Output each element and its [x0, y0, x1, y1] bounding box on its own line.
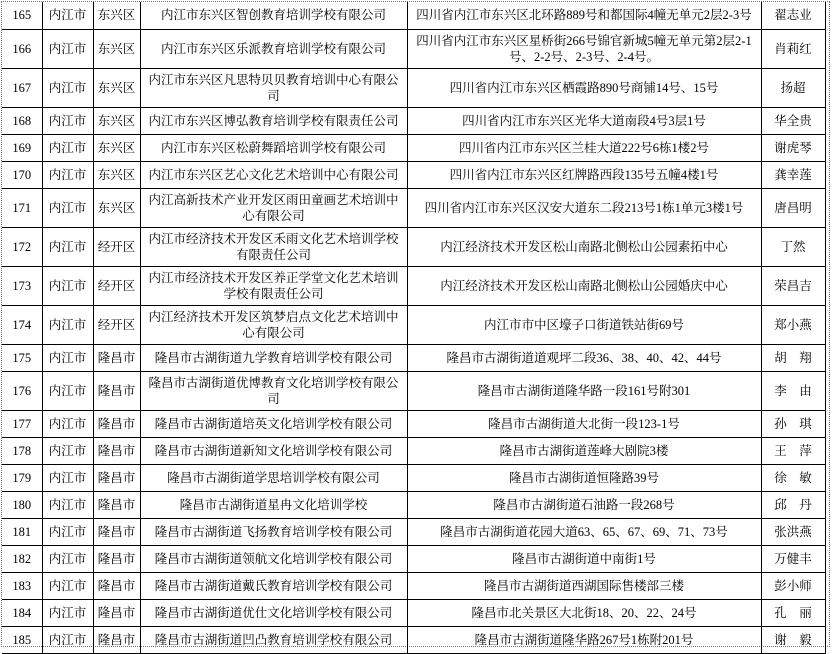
cell-address: 隆昌市古湖街道隆华路267号1栋附201号 [407, 626, 761, 653]
cell-city: 内江市 [42, 518, 93, 545]
cell-school-name: 隆昌市古湖街道优博教育文化培训学校有限公司 [140, 371, 407, 410]
cell-address: 内江经济技术开发区松山南路北侧松山公园婚庆中心 [407, 266, 761, 305]
cell-person-name: 唐昌明 [761, 188, 825, 227]
cell-address: 四川省内江市东兴区光华大道南段4号3层1号 [407, 107, 761, 134]
cell-school-name: 隆昌市古湖街道领航文化培训学校有限公司 [140, 545, 407, 572]
cell-address: 隆昌市古湖街道隆华路一段161号附301 [407, 371, 761, 410]
table-row: 183 内江市 隆昌市 隆昌市古湖街道戴氏教育培训学校有限公司 隆昌市古湖街道西… [2, 572, 825, 599]
cell-district: 隆昌市 [93, 518, 140, 545]
table-row: 179 内江市 隆昌市 隆昌市古湖街道学思培训学校有限公司 隆昌市古湖街道恒隆路… [2, 464, 825, 491]
cell-city: 内江市 [42, 305, 93, 344]
cell-district: 隆昌市 [93, 572, 140, 599]
cell-district: 东兴区 [93, 2, 140, 29]
cell-district: 隆昌市 [93, 599, 140, 626]
cell-address: 四川省内江市东兴区红牌路西段135号五幢4楼1号 [407, 161, 761, 188]
cell-address: 隆昌市古湖街道花园大道63、65、67、69、71、73号 [407, 518, 761, 545]
cell-person-name: 扬超 [761, 68, 825, 107]
table-row: 165 内江市 东兴区 内江市东兴区智创教育培训学校有限公司 四川省内江市东兴区… [2, 2, 825, 29]
cell-person-name: 翟志业 [761, 2, 825, 29]
cell-school-name: 内江市经济技术开发区养正学堂文化艺术培训学校有限责任公司 [140, 266, 407, 305]
cell-address: 四川省内江市东兴区兰桂大道222号6栋1楼2号 [407, 134, 761, 161]
cell-row-number: 169 [2, 134, 42, 161]
cell-school-name: 隆昌市古湖街道优仕文化培训学校有限公司 [140, 599, 407, 626]
cell-row-number: 165 [2, 2, 42, 29]
cell-city: 内江市 [42, 188, 93, 227]
cell-row-number: 183 [2, 572, 42, 599]
cell-district: 东兴区 [93, 107, 140, 134]
cell-address: 内江市市中区壕子口街道铁站街69号 [407, 305, 761, 344]
cell-school-name: 内江市东兴区松蔚舞蹈培训学校有限公司 [140, 134, 407, 161]
cell-person-name: 郑小燕 [761, 305, 825, 344]
cell-city: 内江市 [42, 227, 93, 266]
cell-row-number: 170 [2, 161, 42, 188]
cell-address: 四川省内江市东兴区汉安大道东二段213号1栋1单元3楼1号 [407, 188, 761, 227]
cell-school-name: 隆昌市古湖街道九学教育培训学校有限公司 [140, 344, 407, 371]
cell-address: 隆昌市古湖街道莲峰大剧院3楼 [407, 437, 761, 464]
cell-row-number: 176 [2, 371, 42, 410]
cell-school-name: 隆昌市古湖街道新知文化培训学校有限公司 [140, 437, 407, 464]
cell-city: 内江市 [42, 410, 93, 437]
table-row: 167 内江市 东兴区 内江市东兴区凡思特贝贝教育培训中心有限公司 四川省内江市… [2, 68, 825, 107]
cell-district: 隆昌市 [93, 437, 140, 464]
cell-city: 内江市 [42, 161, 93, 188]
table-row: 177 内江市 隆昌市 隆昌市古湖街道培英文化培训学校有限公司 隆昌市古湖街道大… [2, 410, 825, 437]
cell-address: 隆昌市古湖街道恒隆路39号 [407, 464, 761, 491]
cell-address: 内江经济技术开发区松山南路北侧松山公园素拓中心 [407, 227, 761, 266]
cell-address: 隆昌市古湖街道石油路一段268号 [407, 491, 761, 518]
cell-district: 隆昌市 [93, 626, 140, 653]
cell-row-number: 178 [2, 437, 42, 464]
table-row: 166 内江市 东兴区 内江市东兴区乐派教育培训学校有限公司 四川省内江市东兴区… [2, 29, 825, 68]
cell-city: 内江市 [42, 2, 93, 29]
cell-person-name: 徐 敏 [761, 464, 825, 491]
table-row: 170 内江市 东兴区 内江市东兴区艺心文化艺术培训中心有限公司 四川省内江市东… [2, 161, 825, 188]
cell-district: 经开区 [93, 266, 140, 305]
cell-person-name: 张洪燕 [761, 518, 825, 545]
cell-city: 内江市 [42, 626, 93, 653]
cell-district: 隆昌市 [93, 464, 140, 491]
cell-address: 隆昌市古湖街道大北街一段123-1号 [407, 410, 761, 437]
cell-address: 四川省内江市东兴区栖霞路890号商铺14号、15号 [407, 68, 761, 107]
cell-school-name: 内江市东兴区艺心文化艺术培训中心有限公司 [140, 161, 407, 188]
cell-address: 四川省内江市东兴区北环路889号和都国际4幢无单元2层2-3号 [407, 2, 761, 29]
cell-city: 内江市 [42, 599, 93, 626]
table-row: 178 内江市 隆昌市 隆昌市古湖街道新知文化培训学校有限公司 隆昌市古湖街道莲… [2, 437, 825, 464]
cell-school-name: 隆昌市古湖街道戴氏教育培训学校有限公司 [140, 572, 407, 599]
cell-district: 东兴区 [93, 188, 140, 227]
table-row: 171 内江市 东兴区 内江高新技术产业开发区雨田童画艺术培训中心有限公司 四川… [2, 188, 825, 227]
cell-row-number: 182 [2, 545, 42, 572]
cell-city: 内江市 [42, 464, 93, 491]
table-row: 175 内江市 隆昌市 隆昌市古湖街道九学教育培训学校有限公司 隆昌市古湖街道道… [2, 344, 825, 371]
cell-person-name: 李 由 [761, 371, 825, 410]
cell-person-name: 荣昌吉 [761, 266, 825, 305]
cell-row-number: 177 [2, 410, 42, 437]
table-row: 184 内江市 隆昌市 隆昌市古湖街道优仕文化培训学校有限公司 隆昌市北关景区大… [2, 599, 825, 626]
cell-school-name: 内江高新技术产业开发区雨田童画艺术培训中心有限公司 [140, 188, 407, 227]
cell-address: 隆昌市北关景区大北街18、20、22、24号 [407, 599, 761, 626]
cell-row-number: 173 [2, 266, 42, 305]
cell-row-number: 171 [2, 188, 42, 227]
cell-city: 内江市 [42, 134, 93, 161]
cell-school-name: 隆昌市古湖街道凹凸教育培训学校有限公司 [140, 626, 407, 653]
cell-school-name: 内江市东兴区乐派教育培训学校有限公司 [140, 29, 407, 68]
cell-city: 内江市 [42, 344, 93, 371]
training-schools-table: 165 内江市 东兴区 内江市东兴区智创教育培训学校有限公司 四川省内江市东兴区… [2, 2, 826, 654]
cell-school-name: 内江经济技术开发区筑梦启点文化艺术培训中心有限公司 [140, 305, 407, 344]
cell-city: 内江市 [42, 572, 93, 599]
cell-person-name: 孙 琪 [761, 410, 825, 437]
cell-district: 东兴区 [93, 29, 140, 68]
cell-row-number: 184 [2, 599, 42, 626]
cell-school-name: 隆昌市古湖街道培英文化培训学校有限公司 [140, 410, 407, 437]
cell-row-number: 167 [2, 68, 42, 107]
table-row: 168 内江市 东兴区 内江市东兴区博弘教育培训学校有限责任公司 四川省内江市东… [2, 107, 825, 134]
cell-school-name: 内江市东兴区智创教育培训学校有限公司 [140, 2, 407, 29]
cell-district: 隆昌市 [93, 410, 140, 437]
cell-person-name: 彭小师 [761, 572, 825, 599]
cell-address: 隆昌市古湖街道道观坪二段36、38、40、42、44号 [407, 344, 761, 371]
cell-city: 内江市 [42, 437, 93, 464]
cell-person-name: 万健丰 [761, 545, 825, 572]
cell-district: 隆昌市 [93, 344, 140, 371]
cell-school-name: 隆昌市古湖街道星冉文化培训学校 [140, 491, 407, 518]
cell-person-name: 胡 翔 [761, 344, 825, 371]
table-row: 172 内江市 经开区 内江市经济技术开发区禾雨文化艺术培训学校有限责任公司 内… [2, 227, 825, 266]
cell-person-name: 邱 丹 [761, 491, 825, 518]
cell-city: 内江市 [42, 545, 93, 572]
cell-person-name: 谢虎琴 [761, 134, 825, 161]
cell-row-number: 179 [2, 464, 42, 491]
table-row: 169 内江市 东兴区 内江市东兴区松蔚舞蹈培训学校有限公司 四川省内江市东兴区… [2, 134, 825, 161]
cell-row-number: 175 [2, 344, 42, 371]
cell-person-name: 谢 毅 [761, 626, 825, 653]
cell-school-name: 隆昌市古湖街道飞扬教育培训学校有限公司 [140, 518, 407, 545]
cell-row-number: 174 [2, 305, 42, 344]
cell-city: 内江市 [42, 29, 93, 68]
cell-person-name: 孔 丽 [761, 599, 825, 626]
cell-address: 四川省内江市东兴区星桥街266号锦官新城5幢无单元第2层2-1号、2-2号、2-… [407, 29, 761, 68]
cell-person-name: 华全贵 [761, 107, 825, 134]
table-row: 182 内江市 隆昌市 隆昌市古湖街道领航文化培训学校有限公司 隆昌市古湖街道中… [2, 545, 825, 572]
cell-city: 内江市 [42, 491, 93, 518]
cell-address: 隆昌市古湖街道中南街1号 [407, 545, 761, 572]
cell-district: 经开区 [93, 305, 140, 344]
cell-district: 隆昌市 [93, 491, 140, 518]
table-row: 180 内江市 隆昌市 隆昌市古湖街道星冉文化培训学校 隆昌市古湖街道石油路一段… [2, 491, 825, 518]
table-row: 181 内江市 隆昌市 隆昌市古湖街道飞扬教育培训学校有限公司 隆昌市古湖街道花… [2, 518, 825, 545]
cell-row-number: 181 [2, 518, 42, 545]
cell-address: 隆昌市古湖街道西湖国际售楼部三楼 [407, 572, 761, 599]
cell-person-name: 丁然 [761, 227, 825, 266]
cell-row-number: 180 [2, 491, 42, 518]
document-page: 165 内江市 东兴区 内江市东兴区智创教育培训学校有限公司 四川省内江市东兴区… [1, 1, 830, 647]
cell-school-name: 内江市东兴区博弘教育培训学校有限责任公司 [140, 107, 407, 134]
cell-district: 隆昌市 [93, 371, 140, 410]
table-row: 174 内江市 经开区 内江经济技术开发区筑梦启点文化艺术培训中心有限公司 内江… [2, 305, 825, 344]
cell-district: 东兴区 [93, 134, 140, 161]
cell-row-number: 168 [2, 107, 42, 134]
cell-city: 内江市 [42, 68, 93, 107]
cell-city: 内江市 [42, 107, 93, 134]
table-row: 173 内江市 经开区 内江市经济技术开发区养正学堂文化艺术培训学校有限责任公司… [2, 266, 825, 305]
cell-row-number: 172 [2, 227, 42, 266]
table-row: 176 内江市 隆昌市 隆昌市古湖街道优博教育文化培训学校有限公司 隆昌市古湖街… [2, 371, 825, 410]
cell-school-name: 隆昌市古湖街道学思培训学校有限公司 [140, 464, 407, 491]
cell-person-name: 龚幸莲 [761, 161, 825, 188]
cell-city: 内江市 [42, 371, 93, 410]
table-row: 185 内江市 隆昌市 隆昌市古湖街道凹凸教育培训学校有限公司 隆昌市古湖街道隆… [2, 626, 825, 653]
cell-row-number: 185 [2, 626, 42, 653]
cell-person-name: 王 萍 [761, 437, 825, 464]
cell-school-name: 内江市东兴区凡思特贝贝教育培训中心有限公司 [140, 68, 407, 107]
table-body: 165 内江市 东兴区 内江市东兴区智创教育培训学校有限公司 四川省内江市东兴区… [2, 2, 825, 653]
cell-row-number: 166 [2, 29, 42, 68]
cell-person-name: 肖莉红 [761, 29, 825, 68]
cell-district: 东兴区 [93, 68, 140, 107]
cell-school-name: 内江市经济技术开发区禾雨文化艺术培训学校有限责任公司 [140, 227, 407, 266]
cell-district: 东兴区 [93, 161, 140, 188]
cell-city: 内江市 [42, 266, 93, 305]
cell-district: 经开区 [93, 227, 140, 266]
cell-district: 隆昌市 [93, 545, 140, 572]
